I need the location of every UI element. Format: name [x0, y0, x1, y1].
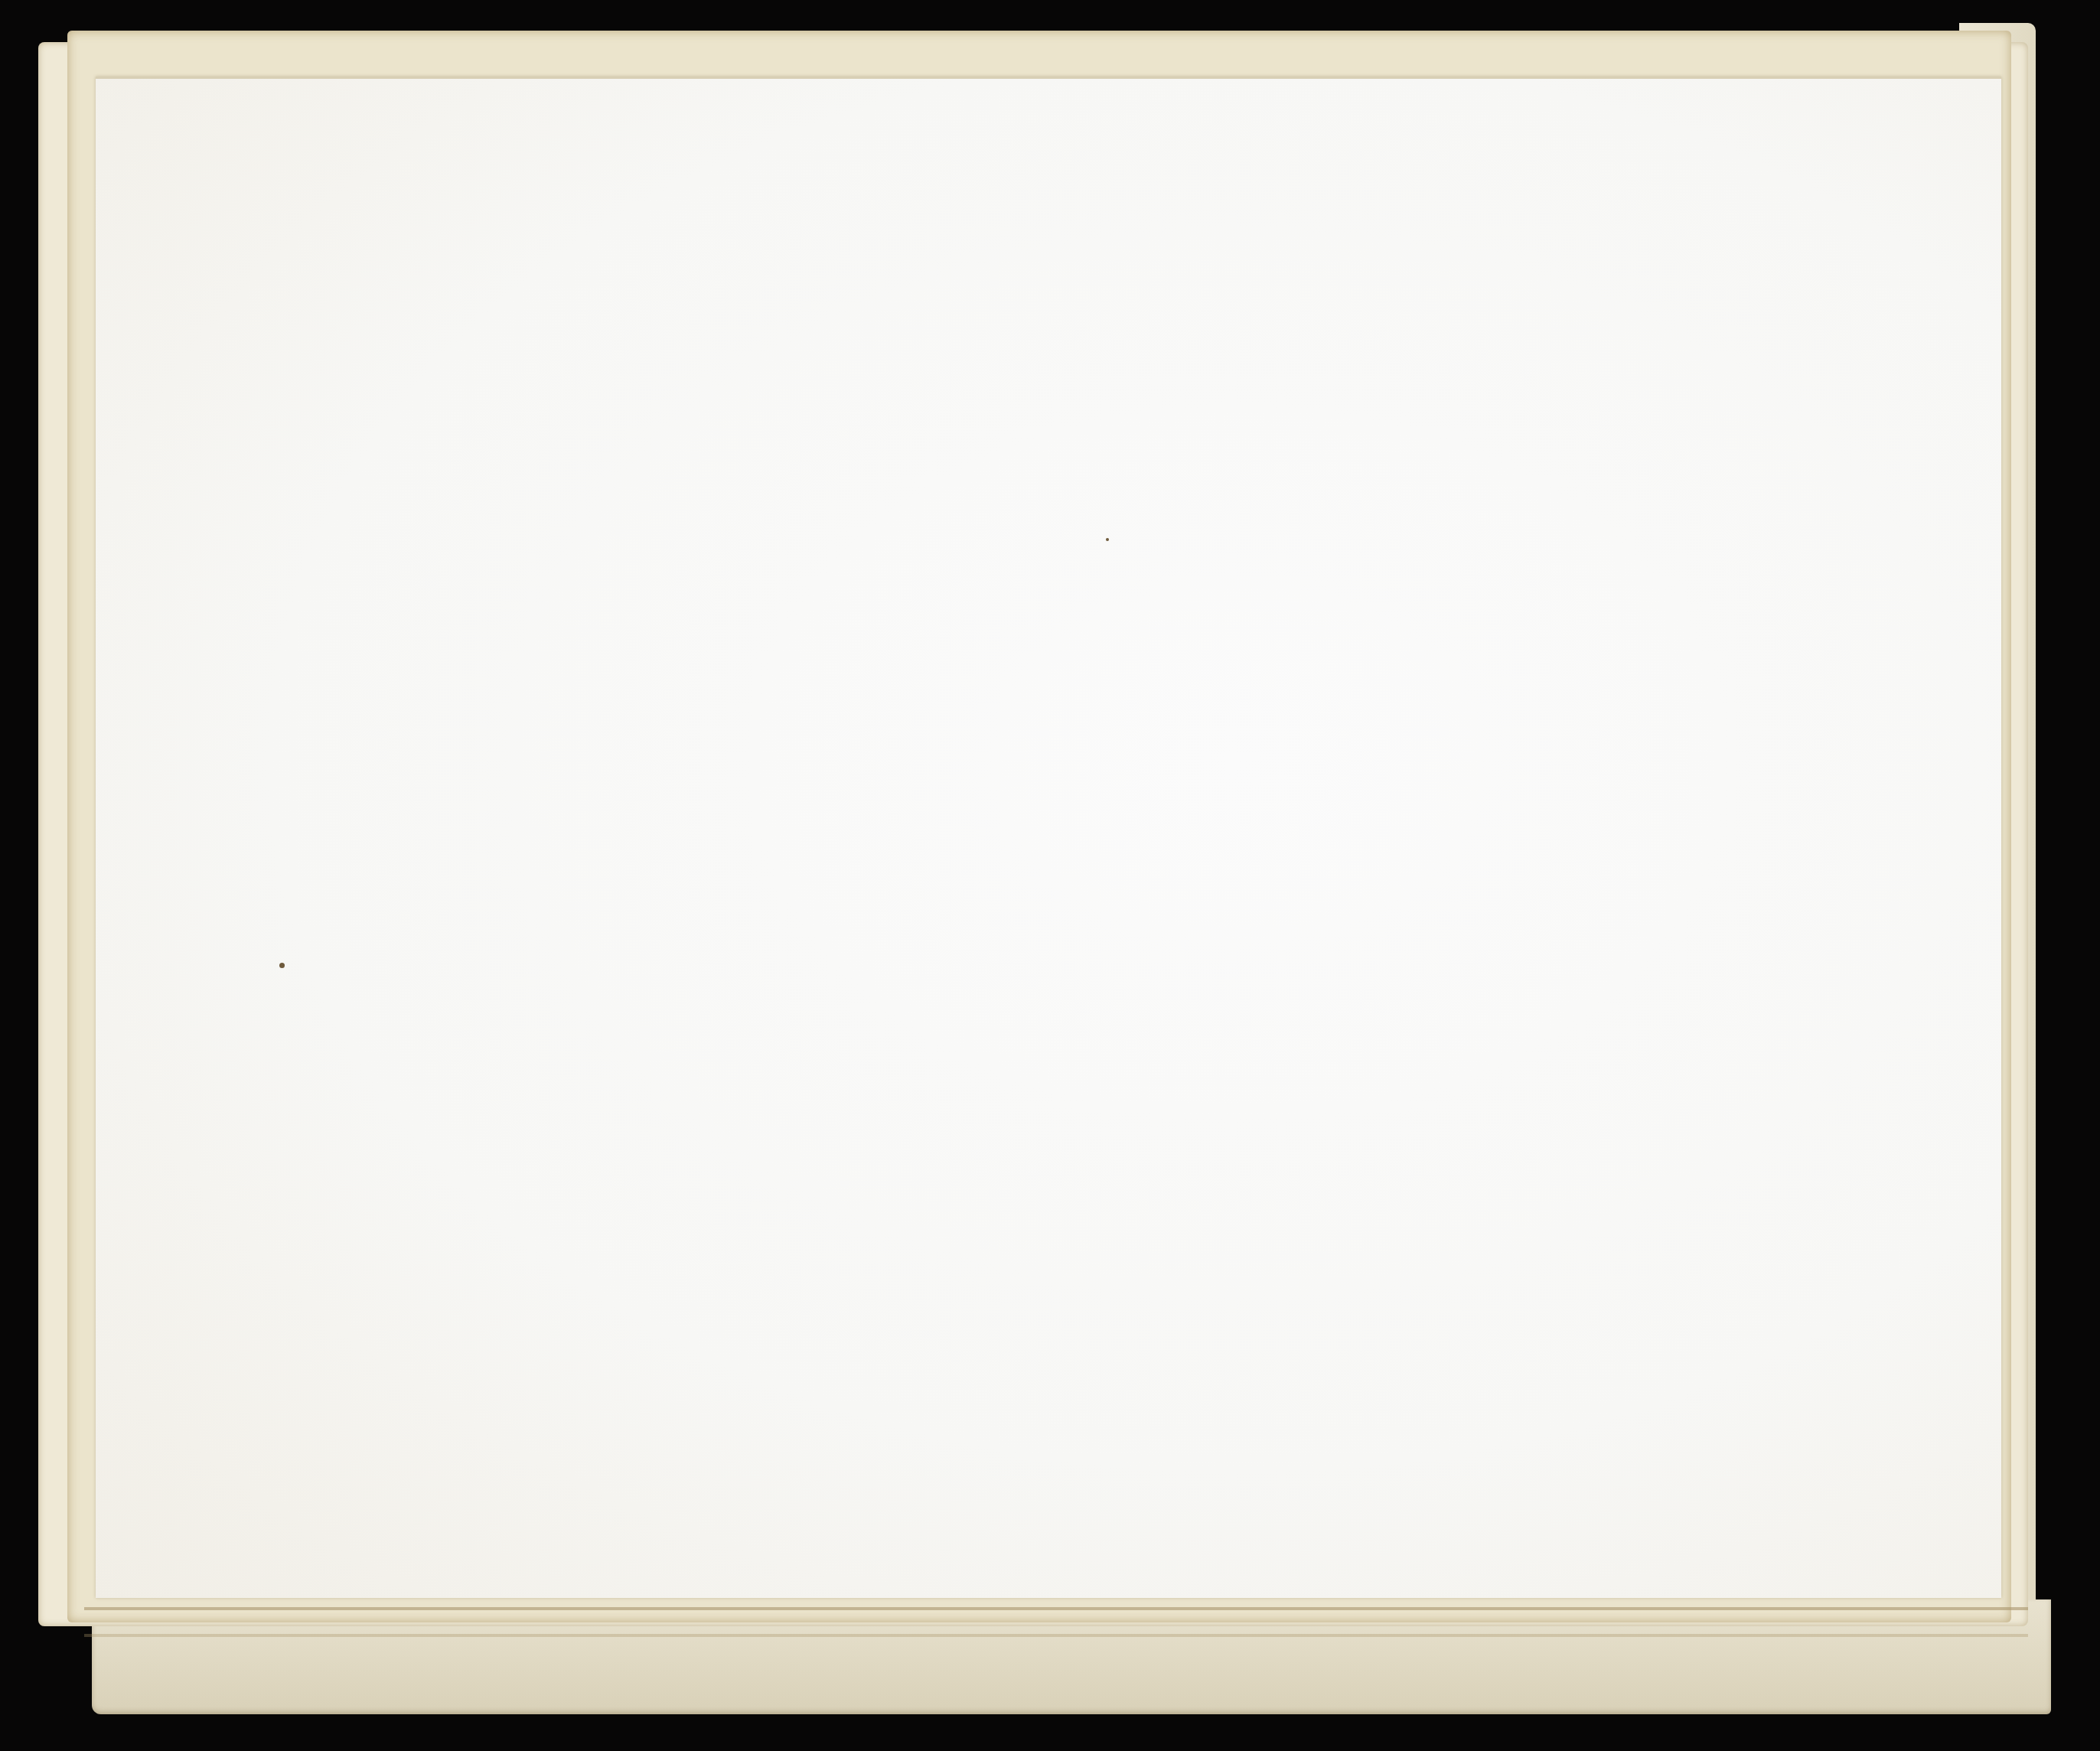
- background: [0, 0, 2100, 1751]
- ink-spot: [279, 963, 285, 968]
- blank-page: [96, 77, 2001, 1598]
- bottom-stain-line-2: [84, 1634, 2028, 1637]
- bottom-stain-line: [84, 1607, 2028, 1610]
- ink-spot: [1106, 538, 1109, 541]
